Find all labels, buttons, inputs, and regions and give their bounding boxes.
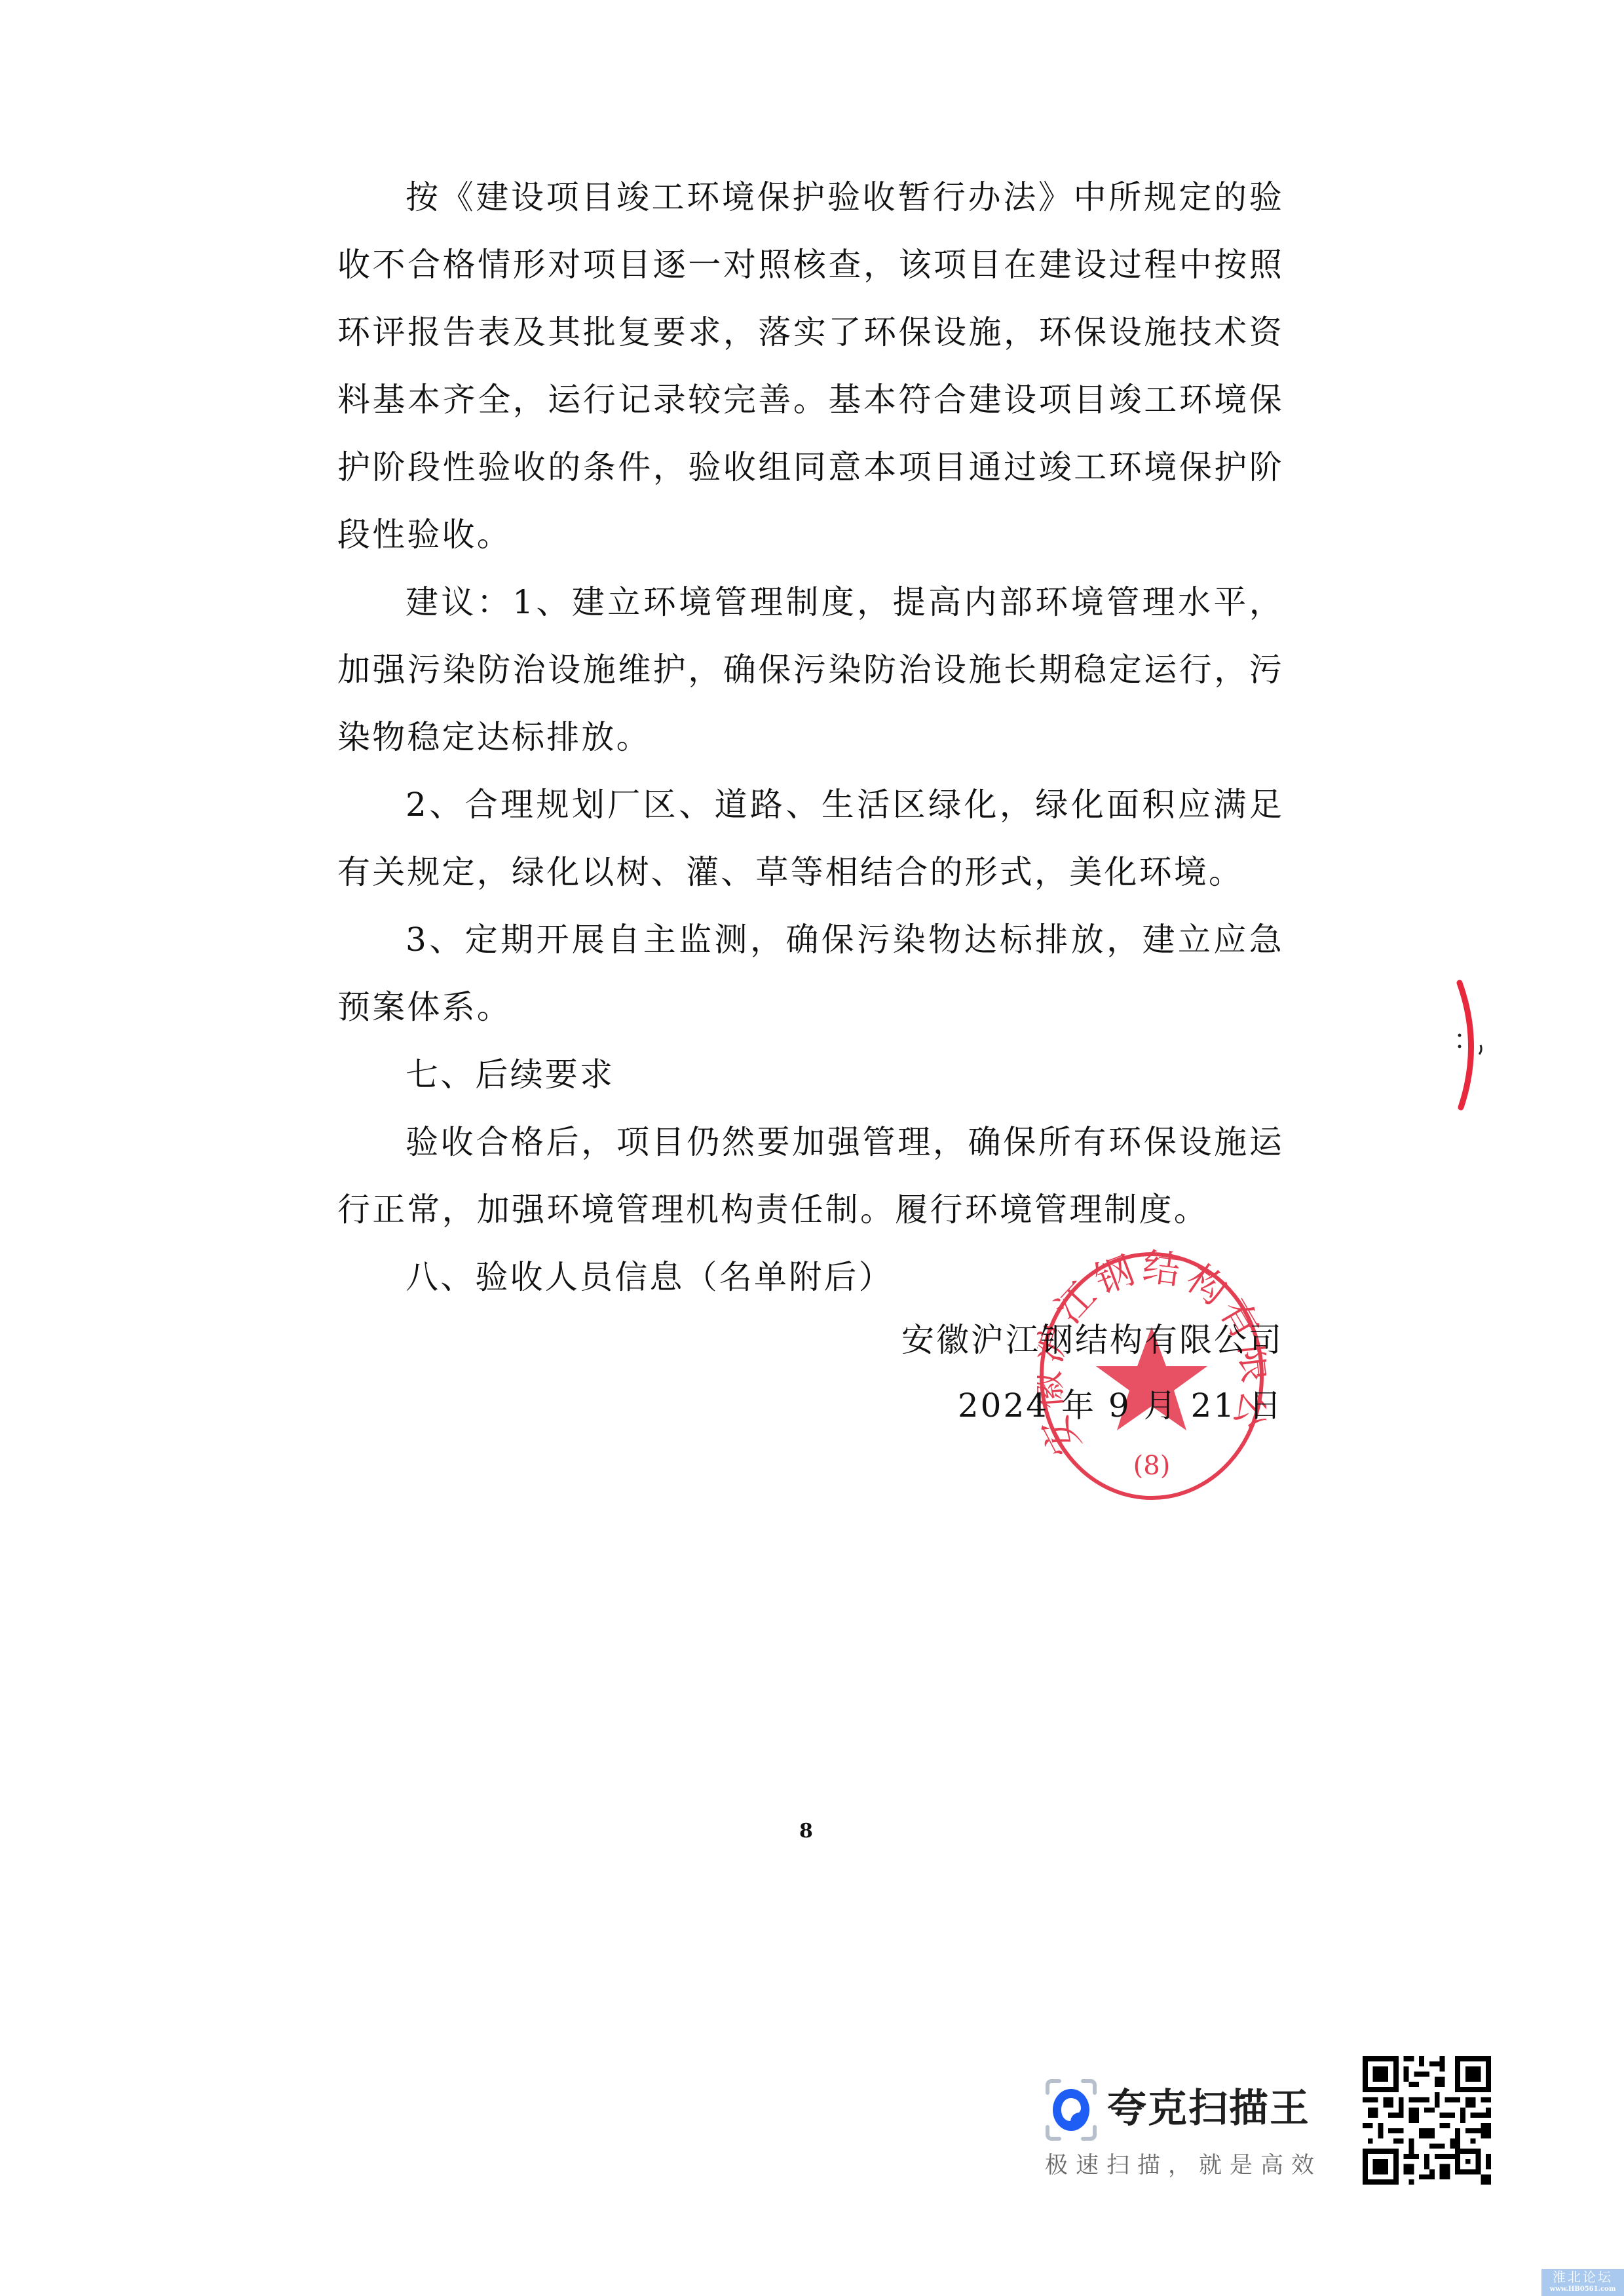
paragraph-follow-up-requirements: 验收合格后，项目仍然要加强管理，确保所有环保设施运行正常，加强环境管理机构责任制… (337, 1109, 1284, 1244)
scanned-document-page: 按《建设项目竣工环境保护验收暂行办法》中所规定的验收不合格情形对项目逐一对照核查… (0, 0, 1624, 2296)
signature-date: 2024 年 9 月 21 日 (901, 1373, 1283, 1438)
brand-slogan: 极速扫描，就是高效 (1045, 2149, 1322, 2182)
quark-logo-icon (1045, 2078, 1097, 2141)
paragraph-acceptance-conclusion: 按《建设项目竣工环境保护验收暂行办法》中所规定的验收不合格情形对项目逐一对照核查… (337, 164, 1284, 569)
signature-block: 安徽沪江钢结构有限公司 2024 年 9 月 21 日 (901, 1307, 1283, 1438)
paragraph-suggestion-1: 建议：1、建立环境管理制度，提高内部环境管理水平，加强污染防治设施维护，确保污染… (337, 569, 1284, 771)
seal-serial: (8) (1133, 1451, 1171, 1481)
paragraph-suggestion-3: 3、定期开展自主监测，确保污染物达标排放，建立应急预案体系。 (337, 906, 1284, 1041)
brand-name: 夸克扫描王 (1107, 2082, 1310, 2135)
paragraph-suggestion-2: 2、合理规划厂区、道路、生活区绿化，绿化面积应满足有关规定，绿化以树、灌、草等相… (337, 771, 1284, 906)
cross-page-seal-fragment (1454, 980, 1494, 1111)
signature-company: 安徽沪江钢结构有限公司 (901, 1307, 1283, 1373)
page-number: 8 (799, 1818, 813, 1845)
forum-name: 淮北论坛 (1541, 2269, 1624, 2285)
document-body: 按《建设项目竣工环境保护验收暂行办法》中所规定的验收不合格情形对项目逐一对照核查… (337, 164, 1284, 1311)
qr-code-icon (1361, 2056, 1492, 2185)
section-heading-follow-up: 七、后续要求 (337, 1041, 1284, 1109)
forum-watermark: 淮北论坛 www.HB0561.com (1541, 2269, 1624, 2296)
forum-url: www.HB0561.com (1541, 2285, 1624, 2294)
